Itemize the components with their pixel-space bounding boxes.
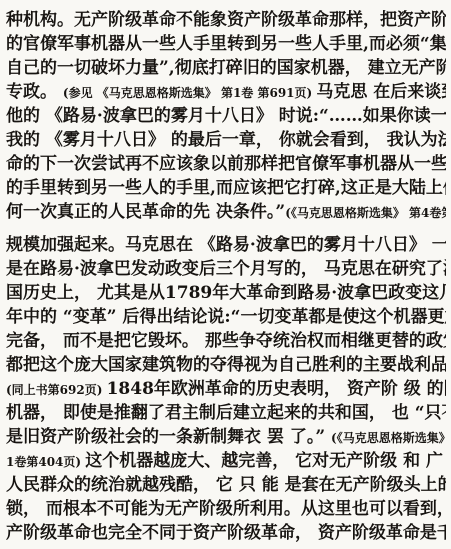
text-line: 人民群众的统治就越残酷， 它 只 能 是套在无产阶级头上的枷: [6, 473, 446, 497]
body-text: 是在路易·波拿巴发动政变后三个月写的， 马克思在研究了法: [6, 259, 446, 279]
text-line: 他的 《路易·波拿巴的雾月十八日》 时说:“……如果你读一下: [6, 104, 446, 128]
citation-text: (参见 《马克思恩格斯选集》 第1卷 第691页): [63, 86, 316, 100]
body-text: 这个机器越庞大、越完善， 它对无产阶级 和 广 大: [85, 451, 446, 471]
text-line: 国历史上， 尤其是从1789年大革命到路易·波拿巴政变这几十: [6, 281, 446, 305]
text-line: 完备， 而不是把它毁坏。 那些争夺统治权而相继更替的政党，: [6, 329, 446, 353]
text-line: 是旧资产阶级社会的一条新制舞衣 罢 了。” (《马克思恩格斯选集》第: [6, 425, 446, 449]
body-text: 规模加强起来。马克思在 《路易·波拿巴的雾月十八日》 一书: [6, 235, 446, 255]
text-line: 命的下一次尝试再不应该象以前那样把官僚军事机器从一些人: [6, 152, 446, 176]
document-page: 种机构。无产阶级革命不能象资产阶级革命那样，把资产阶级的官僚军事机器从一些人手里…: [0, 0, 451, 549]
text-line: 是在路易·波拿巴发动政变后三个月写的， 马克思在研究了法: [6, 257, 446, 281]
text-line: 产阶级革命也完全不同于资产阶级革命， 资产阶级革命是千方: [6, 521, 446, 545]
body-text: 人民群众的统治就越残酷， 它 只 能 是套在无产阶级头上的枷: [6, 475, 446, 495]
text-line: 锁， 而根本不可能为无产阶级所利用。从这里也可以看到， 无: [6, 497, 446, 521]
citation-text: (同上书第692页): [6, 383, 107, 397]
text-line: (同上书第692页) 1848年欧洲革命的历史表明， 资产阶 级 的国家: [6, 377, 446, 401]
body-text: 机器， 即使是推翻了君主制后建立起来的共和国， 也 “只不过: [6, 403, 446, 423]
text-line: 何一次真正的人民革命的先 决条件。”(《马克思恩格斯选集》 第4卷第: [6, 200, 446, 224]
citation-text: 1卷第404页): [6, 455, 85, 469]
body-text: 1848年欧洲革命的历史表明， 资产阶 级 的国家: [107, 379, 446, 399]
body-text: 年中的 “变革” 后得出结论说:“一切变革都是使这个机器更加: [6, 307, 446, 327]
text-line: 专政。 (参见 《马克思恩格斯选集》 第1卷 第691页) 马克思 在后来谈到: [6, 80, 446, 104]
body-text: 是旧资产阶级社会的一条新制舞衣 罢 了。”: [6, 427, 331, 447]
body-text: 都把这个庞大国家建筑物的夺得视为自己胜利的主要战利品。”: [6, 355, 446, 375]
body-text: 何一次真正的人民革命的先 决条件。”: [6, 202, 285, 222]
body-text: 种机构。无产阶级革命不能象资产阶级革命那样，把资产阶级: [6, 10, 446, 30]
body-text: 的官僚军事机器从一些人手里转到另一些人手里,而必须“集中: [6, 34, 446, 54]
text-line: 种机构。无产阶级革命不能象资产阶级革命那样，把资产阶级: [6, 8, 446, 32]
text-line: 的手里转到另一些人的手里,而应该把它打碎,这正是大陆上任: [6, 176, 446, 200]
citation-text: (《马克思恩格斯选集》第: [331, 431, 446, 445]
text-block: 种机构。无产阶级革命不能象资产阶级革命那样，把资产阶级的官僚军事机器从一些人手里…: [6, 8, 446, 545]
text-line: 的官僚军事机器从一些人手里转到另一些人手里,而必须“集中: [6, 32, 446, 56]
body-text: 国历史上， 尤其是从1789年大革命到路易·波拿巴政变这几十: [6, 283, 446, 303]
body-text: 马克思 在后来谈到: [316, 82, 446, 102]
text-line: 自己的一切破坏力量”,彻底打碎旧的国家机器， 建立无产阶级: [6, 56, 446, 80]
text-line: 年中的 “变革” 后得出结论说:“一切变革都是使这个机器更加: [6, 305, 446, 329]
text-line: 1卷第404页) 这个机器越庞大、越完善， 它对无产阶级 和 广 大: [6, 449, 446, 473]
body-text: 的手里转到另一些人的手里,而应该把它打碎,这正是大陆上任: [6, 178, 446, 198]
text-line: 都把这个庞大国家建筑物的夺得视为自己胜利的主要战利品。”: [6, 353, 446, 377]
text-line: 我的 《雾月十八日》 的最后一章， 你就会看到， 我认为法国革: [6, 128, 446, 152]
body-text: 我的 《雾月十八日》 的最后一章， 你就会看到， 我认为法国革: [6, 130, 446, 150]
body-text: 专政。: [6, 82, 63, 102]
body-text: 他的 《路易·波拿巴的雾月十八日》 时说:“……如果你读一下: [6, 106, 446, 126]
body-text: 命的下一次尝试再不应该象以前那样把官僚军事机器从一些人: [6, 154, 446, 174]
body-text: 完备， 而不是把它毁坏。 那些争夺统治权而相继更替的政党，: [6, 331, 446, 351]
body-text: 自己的一切破坏力量”,彻底打碎旧的国家机器， 建立无产阶级: [6, 58, 446, 78]
body-text: 产阶级革命也完全不同于资产阶级革命， 资产阶级革命是千方: [6, 523, 446, 543]
citation-text: (《马克思恩格斯选集》 第4卷第: [285, 206, 446, 220]
text-line: 机器， 即使是推翻了君主制后建立起来的共和国， 也 “只不过: [6, 401, 446, 425]
body-text: 锁， 而根本不可能为无产阶级所利用。从这里也可以看到， 无: [6, 499, 446, 519]
text-line: 规模加强起来。马克思在 《路易·波拿巴的雾月十八日》 一书: [6, 233, 446, 257]
